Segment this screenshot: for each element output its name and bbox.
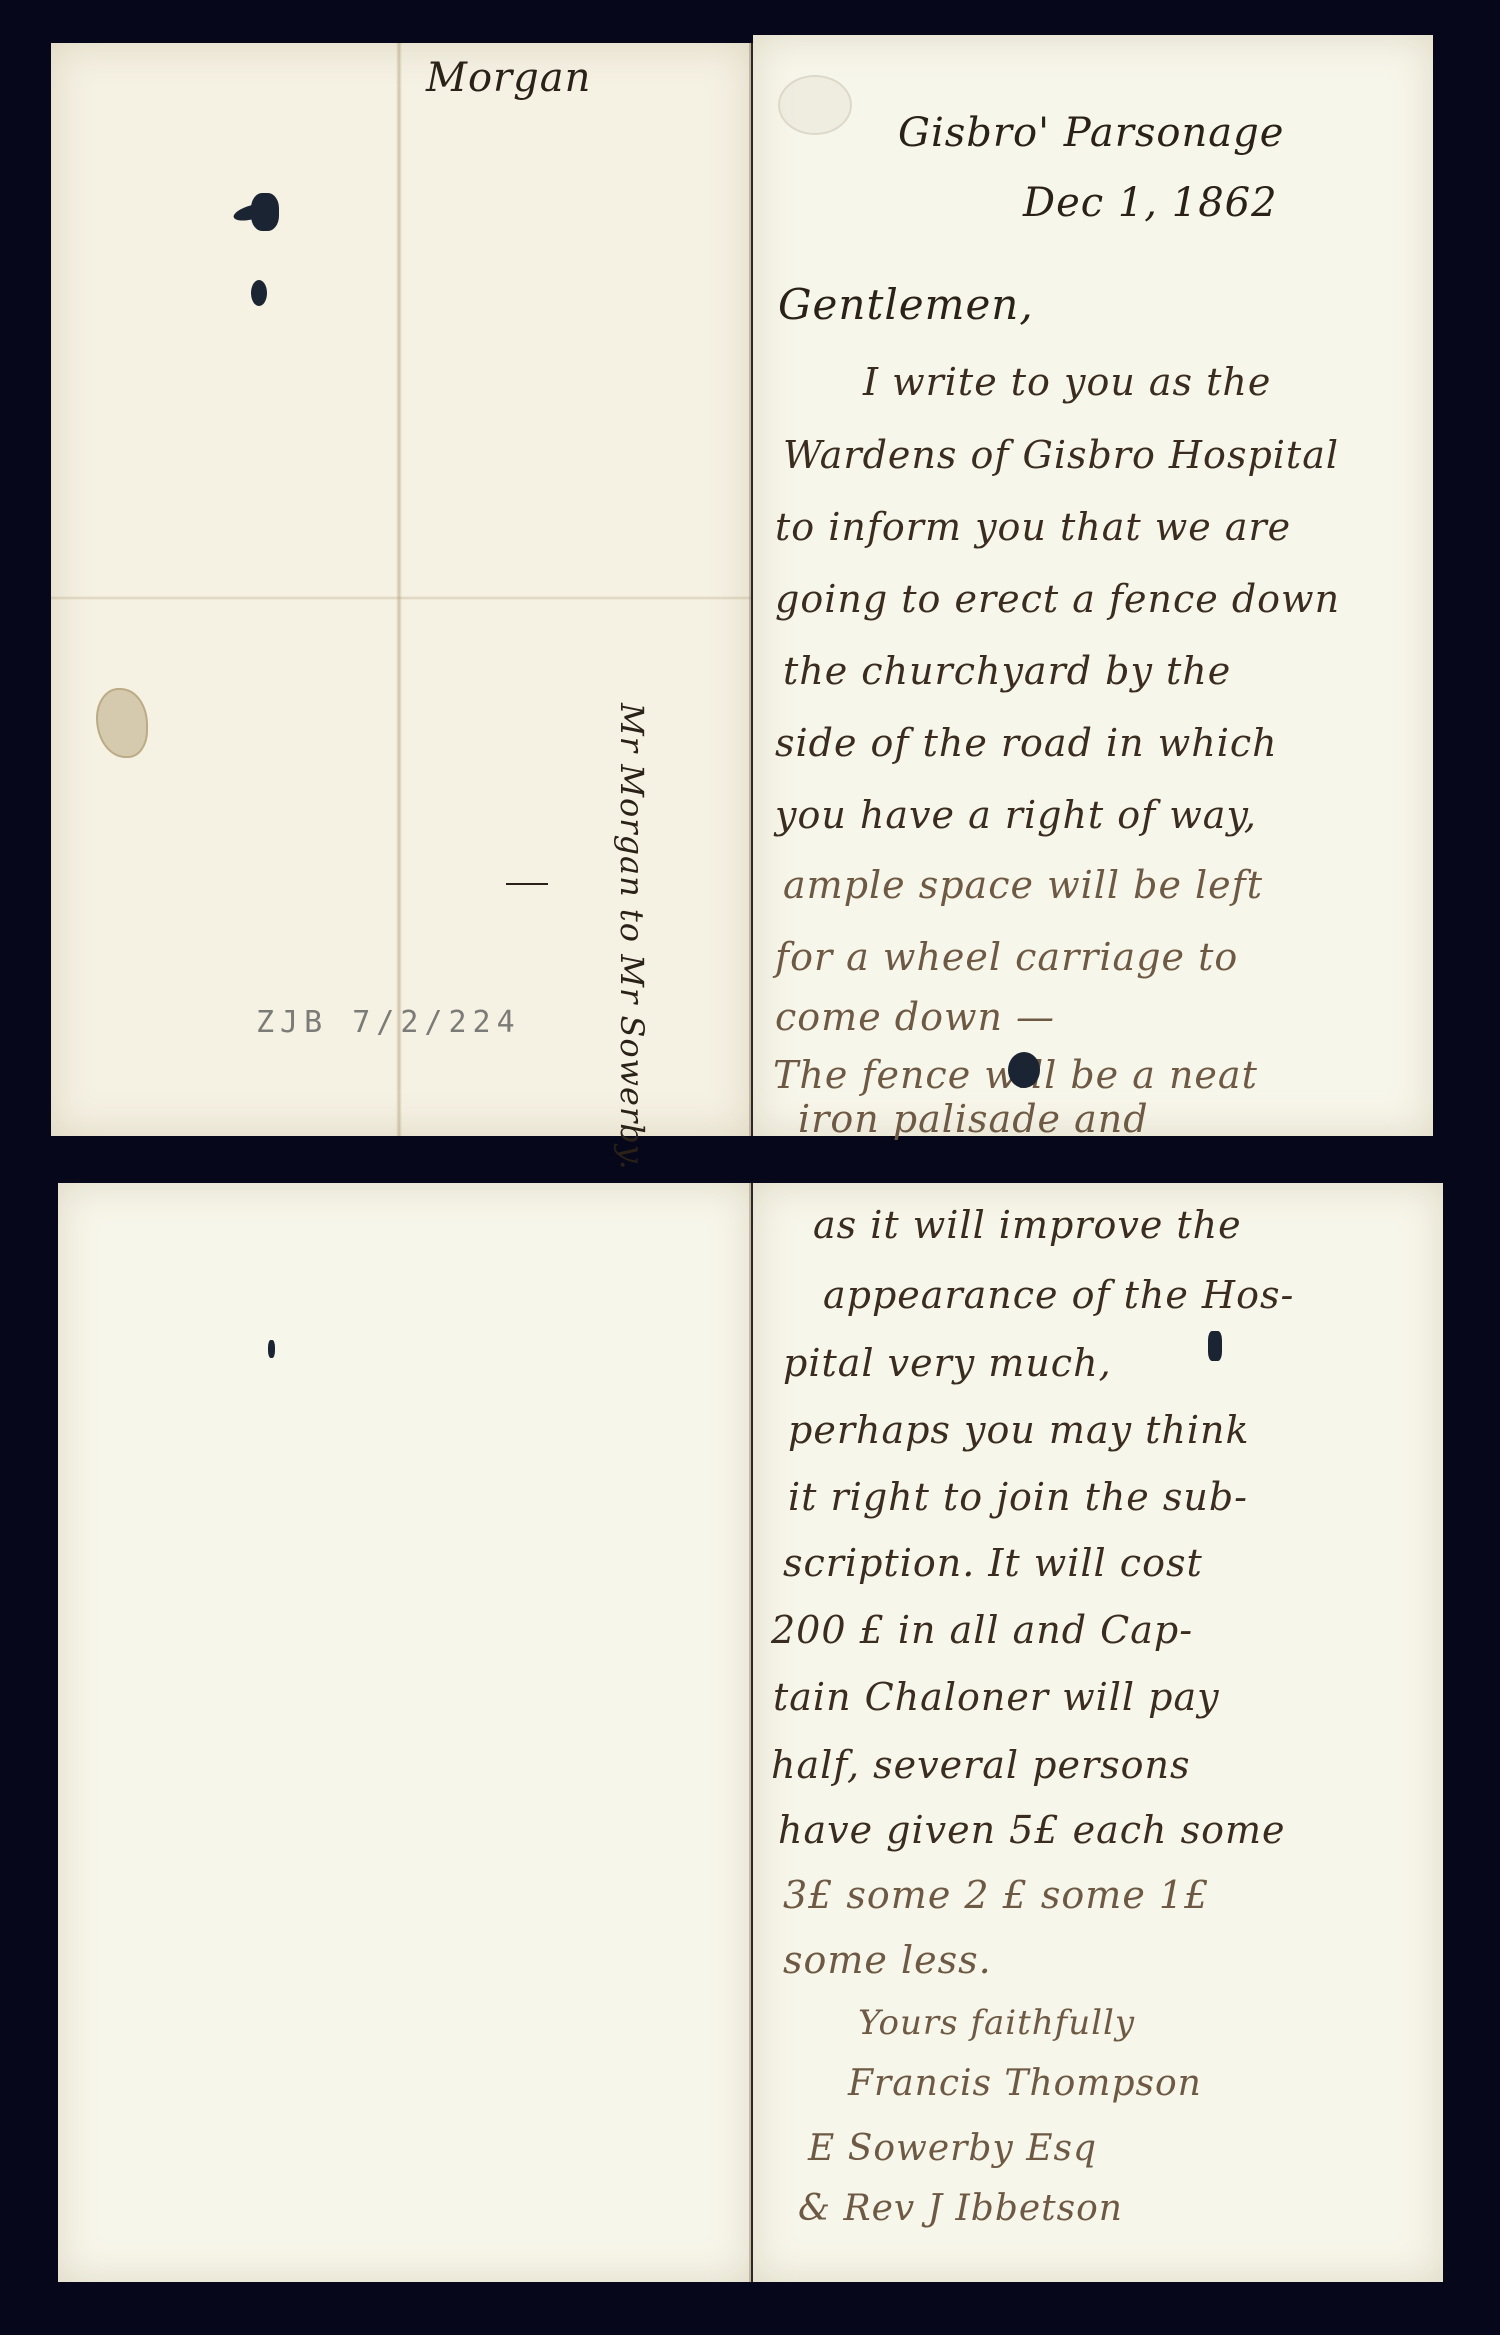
letter-line: appearance of the Hos- [823, 1273, 1294, 1317]
letter-line: 200 £ in all and Cap- [771, 1608, 1193, 1652]
letter-line: tain Chaloner will pay [773, 1675, 1220, 1719]
letter-line: side of the road in which [775, 721, 1278, 765]
letter-line: to inform you that we are [775, 505, 1291, 549]
archive-reference: ZJB 7/2/224 [256, 1005, 521, 1040]
letter-line: some less. [783, 1938, 992, 1982]
salutation: Gentlemen, [778, 280, 1034, 329]
letter-date: Dec 1, 1862 [1023, 180, 1278, 226]
letter-line: going to erect a fence down [775, 577, 1340, 621]
letter-addressee: E Sowerby Esq [808, 2128, 1097, 2169]
letter-line: 3£ some 2 £ some 1£ [783, 1873, 1209, 1917]
ink-mark [268, 1340, 275, 1358]
top-left-page: Morgan Mr Morgan to Mr Sowerby. ZJB 7/2/… [51, 43, 751, 1136]
water-stain [96, 688, 148, 758]
address-note: Mr Morgan to Mr Sowerby. [613, 703, 651, 1171]
letter-line: come down — [775, 995, 1055, 1039]
letter-line: scription. It will cost [783, 1541, 1203, 1585]
letter-line: have given 5£ each some [778, 1808, 1285, 1852]
letter-line: it right to join the sub- [788, 1475, 1248, 1519]
letter-line: perhaps you may think [788, 1408, 1250, 1452]
letter-line: ample space will be left [783, 863, 1263, 907]
letter-line: half, several persons [771, 1743, 1190, 1787]
docket-name: Morgan [426, 55, 591, 101]
letter-addressee: & Rev J Ibbetson [798, 2188, 1123, 2229]
bottom-left-page [58, 1183, 751, 2282]
letter-line: for a wheel carriage to [775, 935, 1238, 979]
embossed-stamp [778, 75, 852, 135]
top-right-page: Gisbro' Parsonage Dec 1, 1862 Gentlemen,… [753, 35, 1433, 1136]
letter-closing: Yours faithfully [858, 2003, 1135, 2043]
letter-line: iron palisade and [798, 1097, 1149, 1141]
ink-blot [251, 280, 267, 306]
ink-blot [1208, 1331, 1222, 1361]
letter-line: the churchyard by the [783, 649, 1231, 693]
letter-line: you have a right of way, [775, 793, 1257, 837]
bottom-right-page: as it will improve the appearance of the… [753, 1183, 1443, 2282]
address-underline [506, 883, 548, 885]
letter-line: pital very much, [783, 1341, 1112, 1385]
letter-line: Wardens of Gisbro Hospital [783, 433, 1339, 477]
fold-line [396, 43, 402, 1136]
letter-line: as it will improve the [813, 1203, 1242, 1247]
fold-line [51, 596, 751, 600]
letter-signature: Francis Thompson [848, 2063, 1202, 2104]
letter-place: Gisbro' Parsonage [898, 110, 1284, 156]
ink-blot [1008, 1052, 1040, 1088]
letter-line: I write to you as the [863, 360, 1271, 404]
